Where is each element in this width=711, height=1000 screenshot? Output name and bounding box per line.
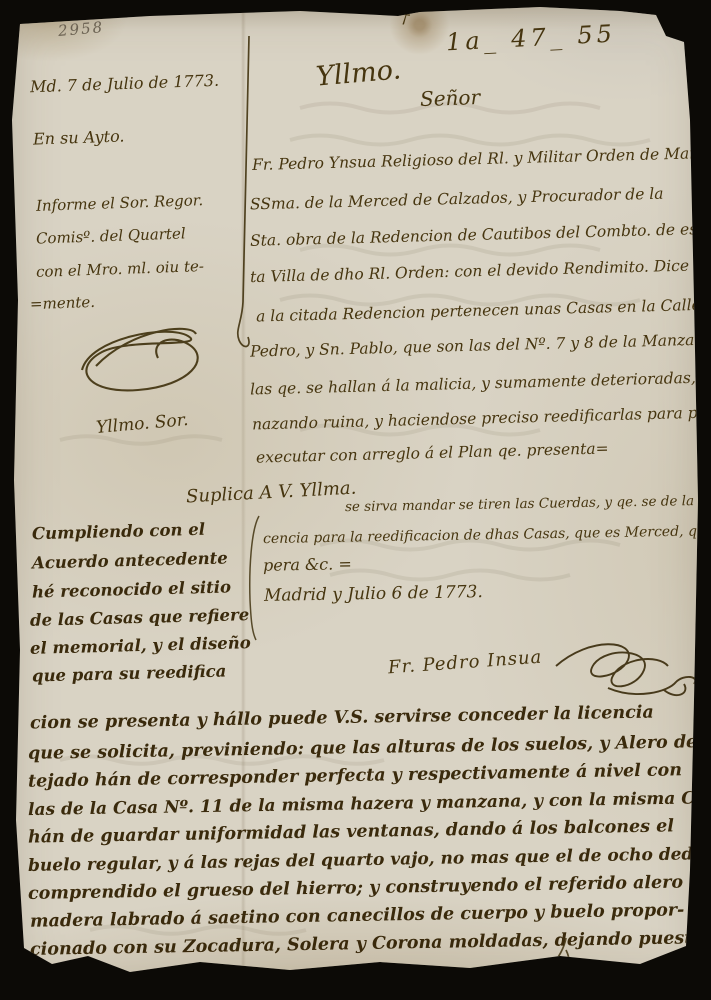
suplica-line: cencia para la reedificacion de dhas Cas…	[263, 524, 711, 546]
folio-reference: 1a_ 47_ 55	[445, 22, 616, 55]
report-body-line: tejado hán de corresponder perfecta y re…	[28, 762, 682, 791]
report-body-line: hán de guardar uniformidad las ventanas,…	[28, 818, 674, 847]
invocation-cross-mark: †	[400, 10, 410, 28]
petition-line: Pedro, y Sn. Pablo, que son las del Nº. …	[250, 331, 711, 360]
scanned-manuscript-page: 2958 † 1a_ 47_ 55 Md. 7 de Julio de 1773…	[0, 0, 711, 1000]
report-margin-line: Acuerdo antecedente	[32, 550, 228, 572]
dateline: Madrid y Julio 6 de 1773.	[264, 584, 483, 605]
petition-line: Fr. Pedro Ynsua Religioso del Rl. y Mili…	[252, 146, 711, 174]
report-margin-line: de las Casas que refiere	[30, 607, 250, 629]
report-margin-line: el memorial, y el diseño	[30, 635, 251, 657]
signature-rubric-flourish	[556, 644, 695, 695]
report-body-line: las de la Casa Nº. 11 de la misma hazera…	[28, 790, 711, 819]
heading-senor: Señor	[420, 87, 481, 109]
margin-session-note: En su Ayto.	[33, 128, 125, 147]
signature-name: Fr. Pedro Insua	[388, 649, 543, 678]
mid-address: Yllmo. Sor.	[95, 412, 189, 437]
paper-sheet: 2958 † 1a_ 47_ 55 Md. 7 de Julio de 1773…	[0, 0, 711, 1000]
petition-line: a la citada Redencion pertenecen unas Ca…	[256, 296, 711, 325]
report-body-line: comprendido el grueso del hierro; y cons…	[28, 874, 711, 903]
report-margin-line: hé reconocido el sitio	[32, 579, 231, 601]
petition-line: SSma. de la Merced de Calzados, y Procur…	[250, 187, 664, 213]
decree-margin-line: con el Mro. ml. oiu te-	[36, 259, 204, 280]
decree-margin-line: Informe el Sor. Regor.	[36, 193, 204, 214]
report-margin-line: Cumpliendo con el	[32, 522, 205, 543]
petition-line: las qe. se hallan á la malicia, y sumame…	[250, 369, 711, 398]
decree-rubric-flourish	[82, 329, 198, 391]
petition-line: Sta. obra de la Redencion de Cautibos de…	[250, 222, 697, 249]
report-body-line: cionado con su Zocadura, Solera y Corona…	[30, 930, 704, 959]
heading-treatment: Yllmo.	[315, 56, 402, 90]
decree-margin-line: =mente.	[30, 295, 95, 312]
report-margin-line: que para su reedifica	[32, 663, 227, 685]
report-body-line: buelo regular, y á las rejas del quarto …	[28, 846, 711, 875]
report-body-line: que se solicita, previniendo: que las al…	[28, 734, 704, 763]
suplica-line: se sirva mandar se tiren las Cuerdas, y …	[345, 495, 707, 515]
report-body-line: madera labrado á saetino con canecillos …	[30, 902, 685, 931]
petition-line: executar con arreglo á el Plan qe. prese…	[256, 441, 609, 466]
report-body-line: cion se presenta y hállo puede V.S. serv…	[30, 705, 654, 733]
archive-number: 2958	[57, 20, 104, 39]
margin-date-note: Md. 7 de Julio de 1773.	[30, 73, 220, 96]
margin-divider-stroke	[238, 36, 249, 346]
petition-line: ta Villa de dho Rl. Orden: con el devido…	[250, 258, 711, 286]
suplica-lead: Suplica A V. Yllma.	[186, 480, 357, 507]
suplica-line: pera &c. =	[263, 556, 352, 574]
suplica-bracket-stroke	[250, 516, 259, 640]
petition-line: nazando ruina, y haciendose preciso reed…	[252, 405, 711, 433]
decree-margin-line: Comisº. del Quartel	[36, 226, 186, 246]
